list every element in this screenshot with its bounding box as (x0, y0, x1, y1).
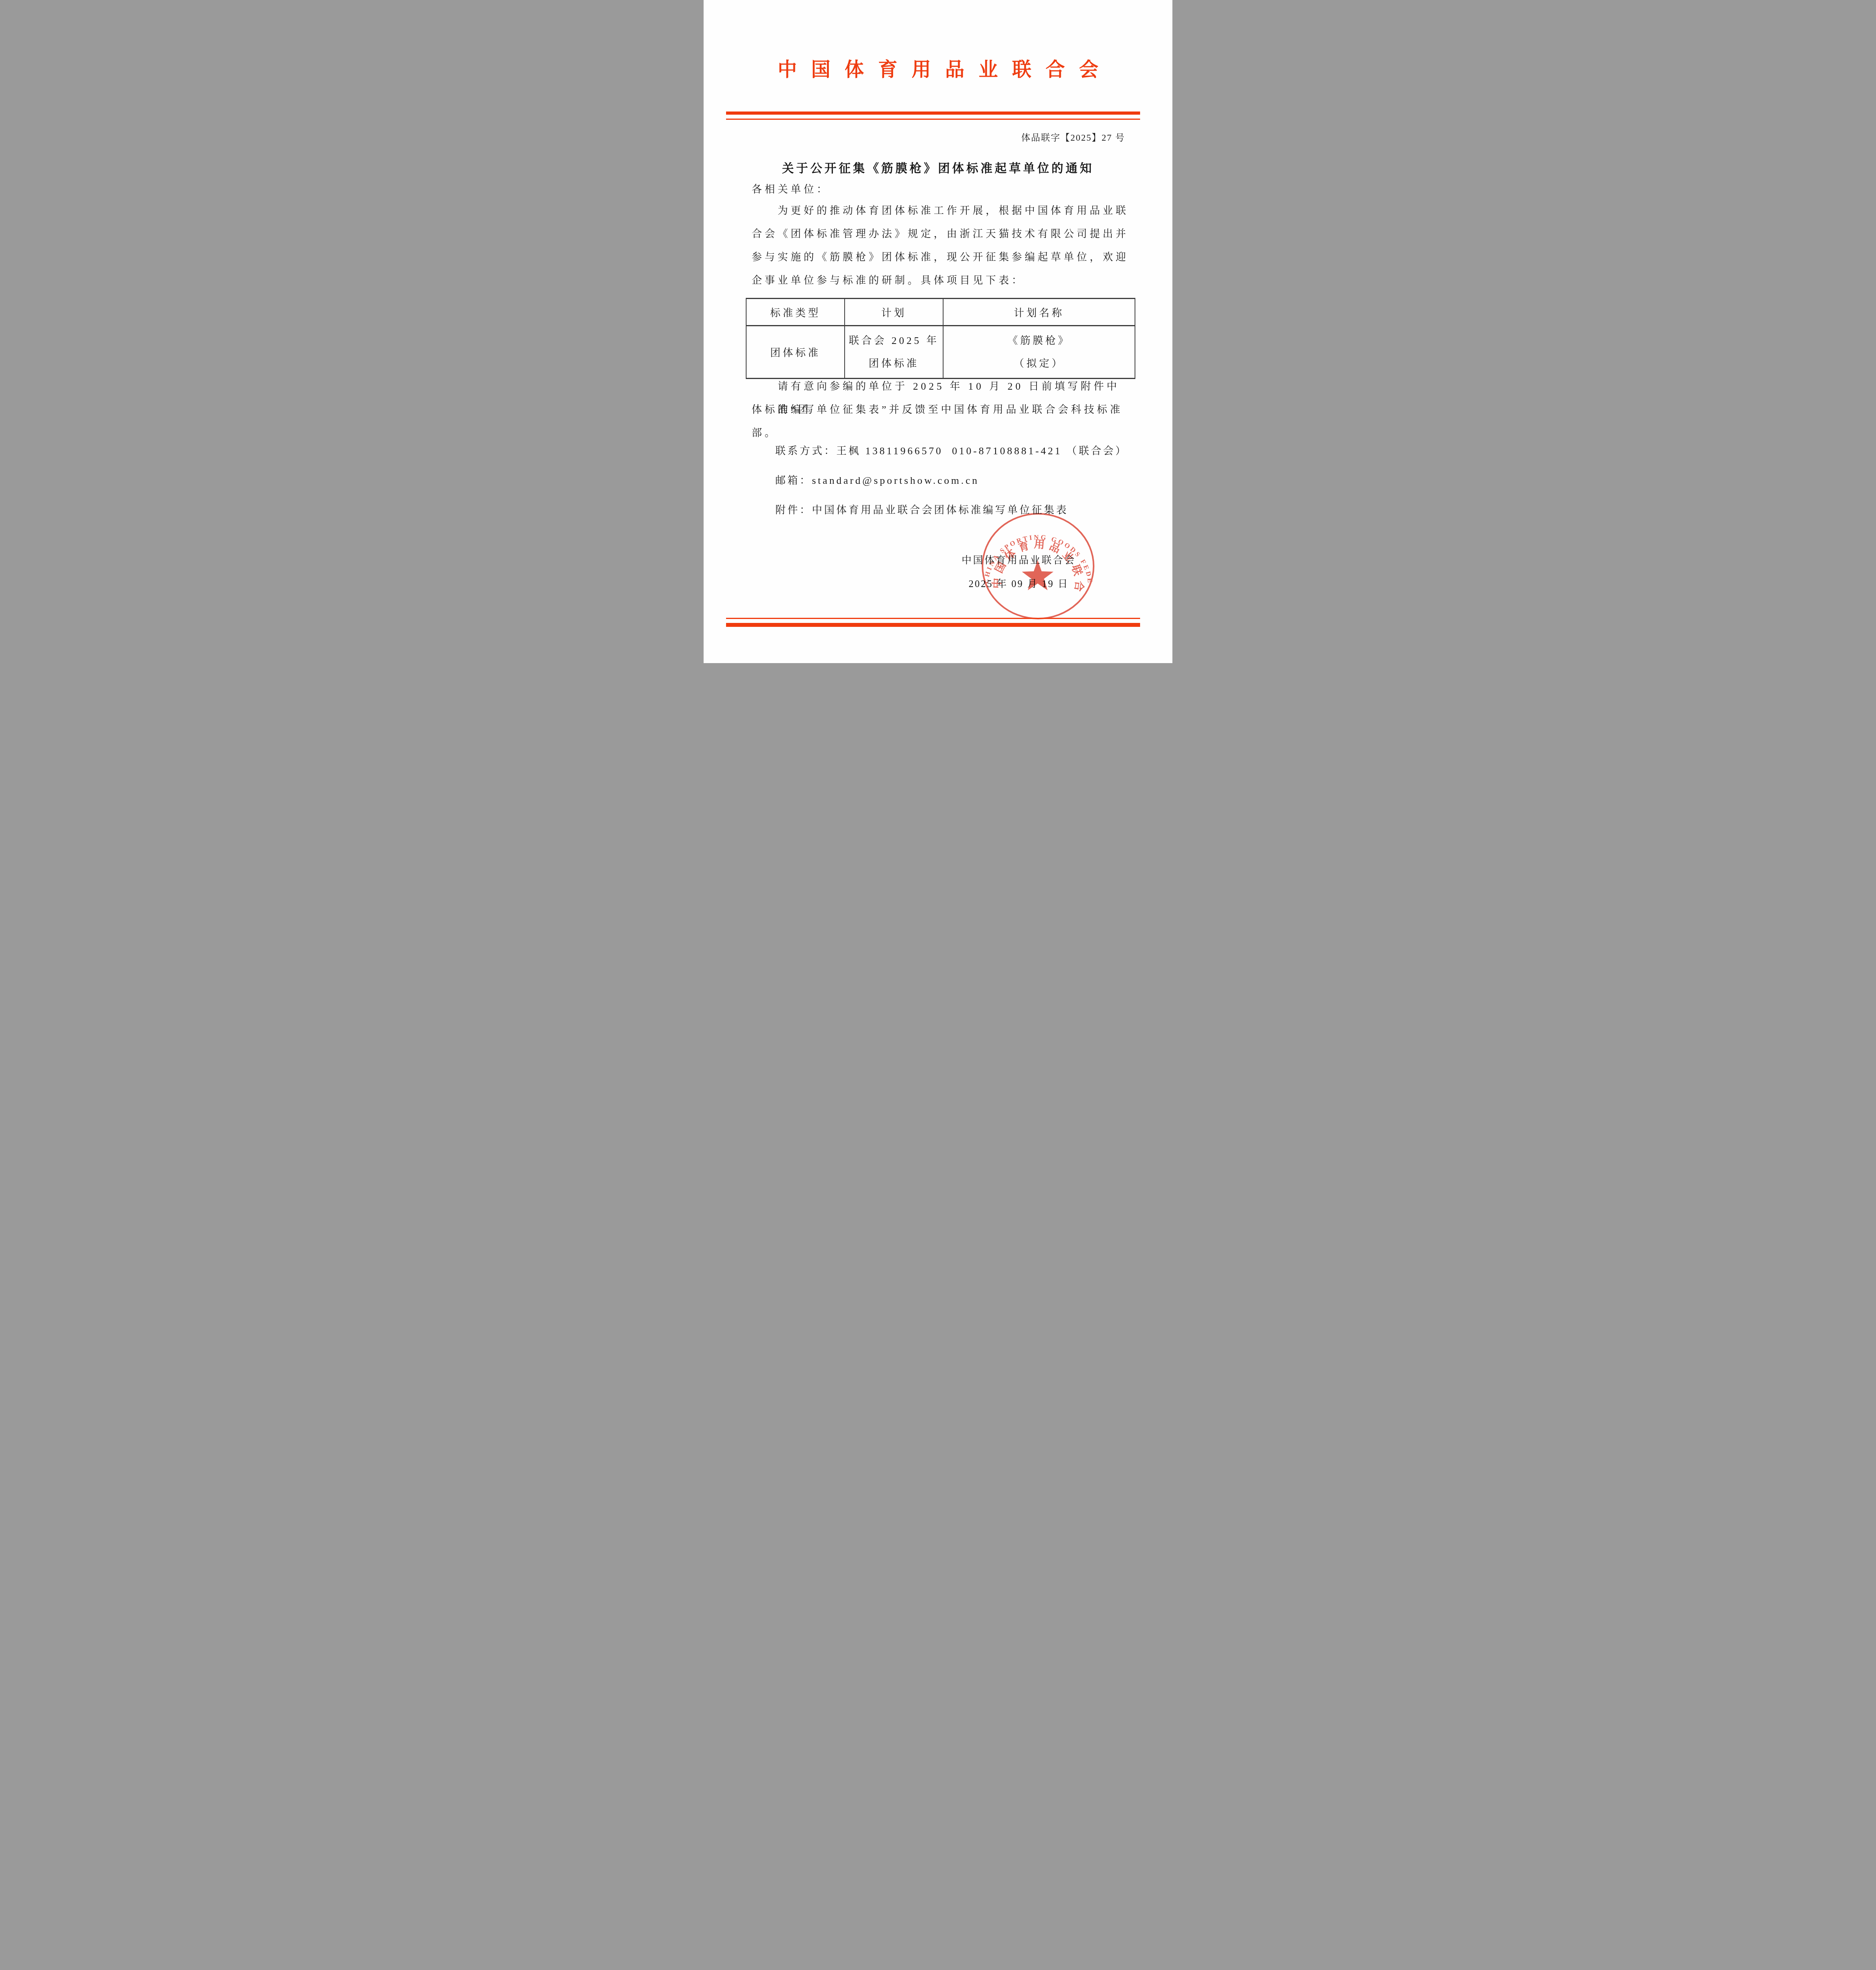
header-standard-type: 标准类型 (746, 299, 845, 326)
official-seal-stamp: CHINA SPORTING GOODS FEDERATION 中国体育用品业联… (975, 507, 1101, 626)
stamp-star-icon (1022, 560, 1053, 590)
letterhead-org-name: 中国体育用品业联合会 (704, 54, 1172, 82)
footer-thick-rule (726, 623, 1140, 627)
cell-plan-line1: 联合会 2025 年 (845, 329, 943, 352)
paragraph-line: 体标准编写单位征集表”并反馈至中国体育用品业联合会科技标准 (752, 398, 1130, 421)
cell-standard-type: 团体标准 (746, 326, 845, 379)
paragraph-line: 合会《团体标准管理办法》规定，由浙江天猫技术有限公司提出并 (752, 222, 1130, 245)
cell-plan-line2: 团体标准 (845, 352, 943, 375)
cell-plan-name: 《筋膜枪》 （拟定） (943, 326, 1135, 379)
letterhead-thick-rule (726, 112, 1140, 115)
email-line: 邮箱：standard@sportshow.com.cn (752, 472, 979, 487)
doc-title: 关于公开征集《筋膜枪》团体标准起草单位的通知 (704, 158, 1172, 176)
paragraph-intro: 为更好的推动体育团体标准工作开展，根据中国体育用品业联 合会《团体标准管理办法》… (752, 199, 1130, 292)
header-plan: 计划 (845, 299, 943, 326)
doc-number: 体品联字【2025】27 号 (1021, 130, 1125, 143)
letterhead-thin-rule (726, 119, 1140, 120)
paragraph-line: 参与实施的《筋膜枪》团体标准，现公开征集参编起草单位，欢迎 (752, 245, 1130, 269)
header-plan-name: 计划名称 (943, 299, 1135, 326)
cell-plan: 联合会 2025 年 团体标准 (845, 326, 943, 379)
paragraph-line: 为更好的推动体育团体标准工作开展，根据中国体育用品业联 (752, 199, 1130, 222)
paragraph-line: 部。 (752, 421, 1130, 444)
paragraph-line: 请有意向参编的单位于 2025 年 10 月 20 日前填写附件中的“团 (752, 375, 1130, 398)
paragraph-instructions: 请有意向参编的单位于 2025 年 10 月 20 日前填写附件中的“团 体标准… (752, 375, 1130, 444)
table-row: 团体标准 联合会 2025 年 团体标准 《筋膜枪》 （拟定） (746, 326, 1135, 379)
contact-line: 联系方式：王枫 13811966570 010-87108881-421 （联合… (752, 443, 1127, 457)
document-page: 中国体育用品业联合会 体品联字【2025】27 号 关于公开征集《筋膜枪》团体标… (704, 0, 1172, 663)
footer-thin-rule (726, 618, 1140, 619)
standards-table: 标准类型 计划 计划名称 团体标准 联合会 2025 年 团体标准 《筋膜枪》 … (746, 298, 1135, 379)
table-header-row: 标准类型 计划 计划名称 (746, 299, 1135, 326)
salutation: 各相关单位： (752, 181, 830, 196)
paragraph-line: 企事业单位参与标准的研制。具体项目见下表： (752, 269, 1130, 292)
cell-plan-name-line1: 《筋膜枪》 (944, 329, 1135, 352)
cell-plan-name-line2: （拟定） (944, 352, 1135, 375)
